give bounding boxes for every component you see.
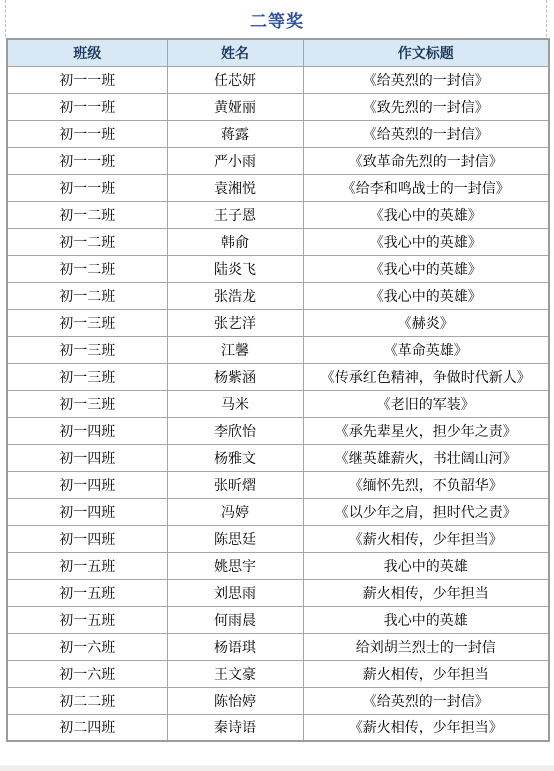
essay-title-cell: 《薪火相传，少年担当》	[303, 714, 549, 741]
essay-title-cell: 《我心中的英雄》	[303, 255, 549, 282]
class-cell: 初一一班	[7, 93, 167, 120]
document-page: 二等奖 班级 姓名 作文标题 初一一班任芯妍《给英烈的一封信》初一一班黄娅丽《致…	[0, 0, 554, 771]
class-cell: 初一四班	[7, 525, 167, 552]
name-cell: 蒋露	[167, 120, 303, 147]
name-cell: 张艺洋	[167, 309, 303, 336]
class-cell: 初一三班	[7, 309, 167, 336]
table-row: 初一二班王子恩《我心中的英雄》	[7, 201, 549, 228]
essay-title-cell: 《薪火相传，少年担当》	[303, 525, 549, 552]
class-cell: 初一四班	[7, 444, 167, 471]
table-row: 初一一班蒋露《给英烈的一封信》	[7, 120, 549, 147]
name-cell: 陈怡婷	[167, 687, 303, 714]
table-row: 初一二班陆炎飞《我心中的英雄》	[7, 255, 549, 282]
table-row: 初一五班姚思宇我心中的英雄	[7, 552, 549, 579]
table-row: 初一六班杨语琪给刘胡兰烈士的一封信	[7, 633, 549, 660]
essay-title-cell: 《我心中的英雄》	[303, 282, 549, 309]
name-cell: 任芯妍	[167, 66, 303, 93]
essay-title-cell: 《给李和鸣战士的一封信》	[303, 174, 549, 201]
name-cell: 冯婷	[167, 498, 303, 525]
class-cell: 初一二班	[7, 201, 167, 228]
name-cell: 杨紫涵	[167, 363, 303, 390]
table-row: 初一四班张昕熠《缅怀先烈，不负韶华》	[7, 471, 549, 498]
class-cell: 初二二班	[7, 687, 167, 714]
class-cell: 初一二班	[7, 255, 167, 282]
class-cell: 初一三班	[7, 336, 167, 363]
page-title: 二等奖	[250, 7, 304, 32]
table-row: 初一四班冯婷《以少年之肩，担时代之责》	[7, 498, 549, 525]
essay-title-cell: 《致先烈的一封信》	[303, 93, 549, 120]
name-cell: 马米	[167, 390, 303, 417]
essay-title-cell: 《革命英雄》	[303, 336, 549, 363]
essay-title-cell: 《给英烈的一封信》	[303, 687, 549, 714]
name-cell: 江馨	[167, 336, 303, 363]
class-cell: 初一六班	[7, 633, 167, 660]
table-row: 初一一班严小雨《致革命先烈的一封信》	[7, 147, 549, 174]
class-cell: 初一五班	[7, 552, 167, 579]
class-cell: 初一一班	[7, 66, 167, 93]
class-cell: 初一三班	[7, 390, 167, 417]
class-cell: 初一六班	[7, 660, 167, 687]
table-row: 初一三班杨紫涵《传承红色精神，争做时代新人》	[7, 363, 549, 390]
essay-title-cell: 我心中的英雄	[303, 552, 549, 579]
table-row: 初一二班张浩龙《我心中的英雄》	[7, 282, 549, 309]
class-cell: 初一三班	[7, 363, 167, 390]
table-row: 初一三班江馨《革命英雄》	[7, 336, 549, 363]
essay-title-cell: 《以少年之肩，担时代之责》	[303, 498, 549, 525]
table-row: 初一二班韩俞《我心中的英雄》	[7, 228, 549, 255]
table-row: 初一三班张艺洋《赫炎》	[7, 309, 549, 336]
class-cell: 初一二班	[7, 228, 167, 255]
essay-title-cell: 《给英烈的一封信》	[303, 120, 549, 147]
table-row: 初二二班陈怡婷《给英烈的一封信》	[7, 687, 549, 714]
name-cell: 张昕熠	[167, 471, 303, 498]
name-cell: 陆炎飞	[167, 255, 303, 282]
column-header-class: 班级	[7, 39, 167, 66]
name-cell: 杨雅文	[167, 444, 303, 471]
name-cell: 严小雨	[167, 147, 303, 174]
essay-title-cell: 《继英雄薪火，书壮阔山河》	[303, 444, 549, 471]
table-row: 初一四班陈思廷《薪火相传，少年担当》	[7, 525, 549, 552]
class-cell: 初一二班	[7, 282, 167, 309]
column-header-essay-title: 作文标题	[303, 39, 549, 66]
name-cell: 袁湘悦	[167, 174, 303, 201]
essay-title-cell: 《我心中的英雄》	[303, 201, 549, 228]
essay-title-cell: 我心中的英雄	[303, 606, 549, 633]
essay-title-cell: 《老旧的军装》	[303, 390, 549, 417]
class-cell: 初一一班	[7, 174, 167, 201]
table-row: 初二四班秦诗语《薪火相传，少年担当》	[7, 714, 549, 741]
class-cell: 初一五班	[7, 606, 167, 633]
name-cell: 刘思雨	[167, 579, 303, 606]
name-cell: 李欣怡	[167, 417, 303, 444]
table-row: 初一一班黄娅丽《致先烈的一封信》	[7, 93, 549, 120]
essay-title-cell: 《传承红色精神，争做时代新人》	[303, 363, 549, 390]
essay-title-cell: 薪火相传，少年担当	[303, 660, 549, 687]
essay-title-cell: 《缅怀先烈，不负韶华》	[303, 471, 549, 498]
essay-title-cell: 《承先辈星火，担少年之责》	[303, 417, 549, 444]
name-cell: 韩俞	[167, 228, 303, 255]
essay-title-cell: 《致革命先烈的一封信》	[303, 147, 549, 174]
class-cell: 初一一班	[7, 147, 167, 174]
table-body: 初一一班任芯妍《给英烈的一封信》初一一班黄娅丽《致先烈的一封信》初一一班蒋露《给…	[7, 66, 549, 741]
table-row: 初一四班李欣怡《承先辈星火，担少年之责》	[7, 417, 549, 444]
essay-title-cell: 《我心中的英雄》	[303, 228, 549, 255]
table-row: 初一四班杨雅文《继英雄薪火，书壮阔山河》	[7, 444, 549, 471]
essay-title-cell: 《给英烈的一封信》	[303, 66, 549, 93]
class-cell: 初一四班	[7, 417, 167, 444]
name-cell: 姚思宇	[167, 552, 303, 579]
class-cell: 初一四班	[7, 471, 167, 498]
name-cell: 黄娅丽	[167, 93, 303, 120]
name-cell: 王子恩	[167, 201, 303, 228]
header-row: 班级 姓名 作文标题	[7, 39, 549, 66]
class-cell: 初一五班	[7, 579, 167, 606]
table-row: 初一一班任芯妍《给英烈的一封信》	[7, 66, 549, 93]
name-cell: 杨语琪	[167, 633, 303, 660]
class-cell: 初一四班	[7, 498, 167, 525]
class-cell: 初一一班	[7, 120, 167, 147]
name-cell: 秦诗语	[167, 714, 303, 741]
table-row: 初一一班袁湘悦《给李和鸣战士的一封信》	[7, 174, 549, 201]
essay-title-cell: 《赫炎》	[303, 309, 549, 336]
table-row: 初一五班刘思雨薪火相传，少年担当	[7, 579, 549, 606]
table-header: 班级 姓名 作文标题	[7, 39, 549, 66]
name-cell: 张浩龙	[167, 282, 303, 309]
table-row: 初一五班何雨晨我心中的英雄	[7, 606, 549, 633]
table-row: 初一六班王文豪薪火相传，少年担当	[7, 660, 549, 687]
name-cell: 王文豪	[167, 660, 303, 687]
column-header-name: 姓名	[167, 39, 303, 66]
essay-title-cell: 薪火相传，少年担当	[303, 579, 549, 606]
award-table: 班级 姓名 作文标题 初一一班任芯妍《给英烈的一封信》初一一班黄娅丽《致先烈的一…	[6, 38, 550, 742]
table-row: 初一三班马米《老旧的军装》	[7, 390, 549, 417]
essay-title-cell: 给刘胡兰烈士的一封信	[303, 633, 549, 660]
name-cell: 何雨晨	[167, 606, 303, 633]
bottom-edge-strip	[0, 765, 554, 771]
name-cell: 陈思廷	[167, 525, 303, 552]
title-bar: 二等奖	[6, 0, 548, 38]
class-cell: 初二四班	[7, 714, 167, 741]
